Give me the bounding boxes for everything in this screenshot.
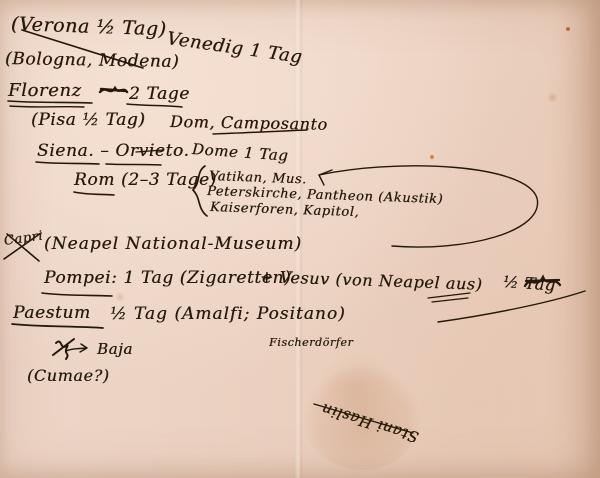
paper-speck [547, 92, 558, 103]
line-paestum-detail: ½ Tag (Amalfi; Positano) [110, 304, 346, 324]
line-siena-note: Dome 1 Tag [191, 140, 289, 165]
line-venedig: Venedig 1 Tag [166, 28, 304, 68]
line-siena-orvieto: Siena. – Orvieto. [37, 141, 189, 161]
underline-2-tage [127, 104, 182, 107]
underline-paestum [12, 324, 103, 328]
underline-siena [36, 162, 99, 164]
manuscript-page: (Verona ½ Tag) Venedig 1 Tag (Bologna, M… [0, 0, 600, 478]
line-florenz-duration: 2 Tage [129, 84, 190, 104]
line-baja: Baja [97, 340, 133, 358]
underline-rom [74, 192, 114, 195]
line-capri: Capri [3, 229, 44, 249]
arrow-baja [66, 344, 87, 352]
underline-florenz-1 [8, 101, 92, 103]
scribble-florenz [100, 88, 127, 92]
underline-pompei [42, 293, 112, 296]
line-cumae: (Cumae?) [27, 366, 110, 385]
line-rom: Rom (2–3 Tage) [74, 170, 217, 190]
line-verona: (Verona ½ Tag) [11, 13, 167, 40]
line-pompei: Pompei: 1 Tag (Zigaretten) [44, 268, 291, 288]
underline-orvieto [106, 164, 161, 165]
underline-florenz-2 [10, 106, 84, 107]
line-vesuv-duration: ½ Tag [502, 272, 556, 295]
swoosh-underline [438, 291, 585, 322]
paper-speck [115, 292, 125, 302]
underline-neapel-aus [428, 293, 470, 302]
line-pisa: (Pisa ½ Tag) [31, 110, 146, 130]
loop-arrowhead [319, 170, 332, 185]
line-fischerdoerfer: Fischerdörfer [269, 336, 353, 349]
paper-speck [430, 155, 434, 159]
line-paestum: Paestum [13, 303, 91, 323]
line-pisa-note: Dom, Camposanto [170, 112, 328, 134]
line-bologna-modena: (Bologna, Modena) [5, 49, 180, 72]
paper-speck [566, 27, 570, 31]
scribble-baja [53, 339, 74, 359]
line-florenz: Florenz [8, 80, 82, 101]
line-neapel: (Neapel National-Museum) [44, 234, 302, 254]
